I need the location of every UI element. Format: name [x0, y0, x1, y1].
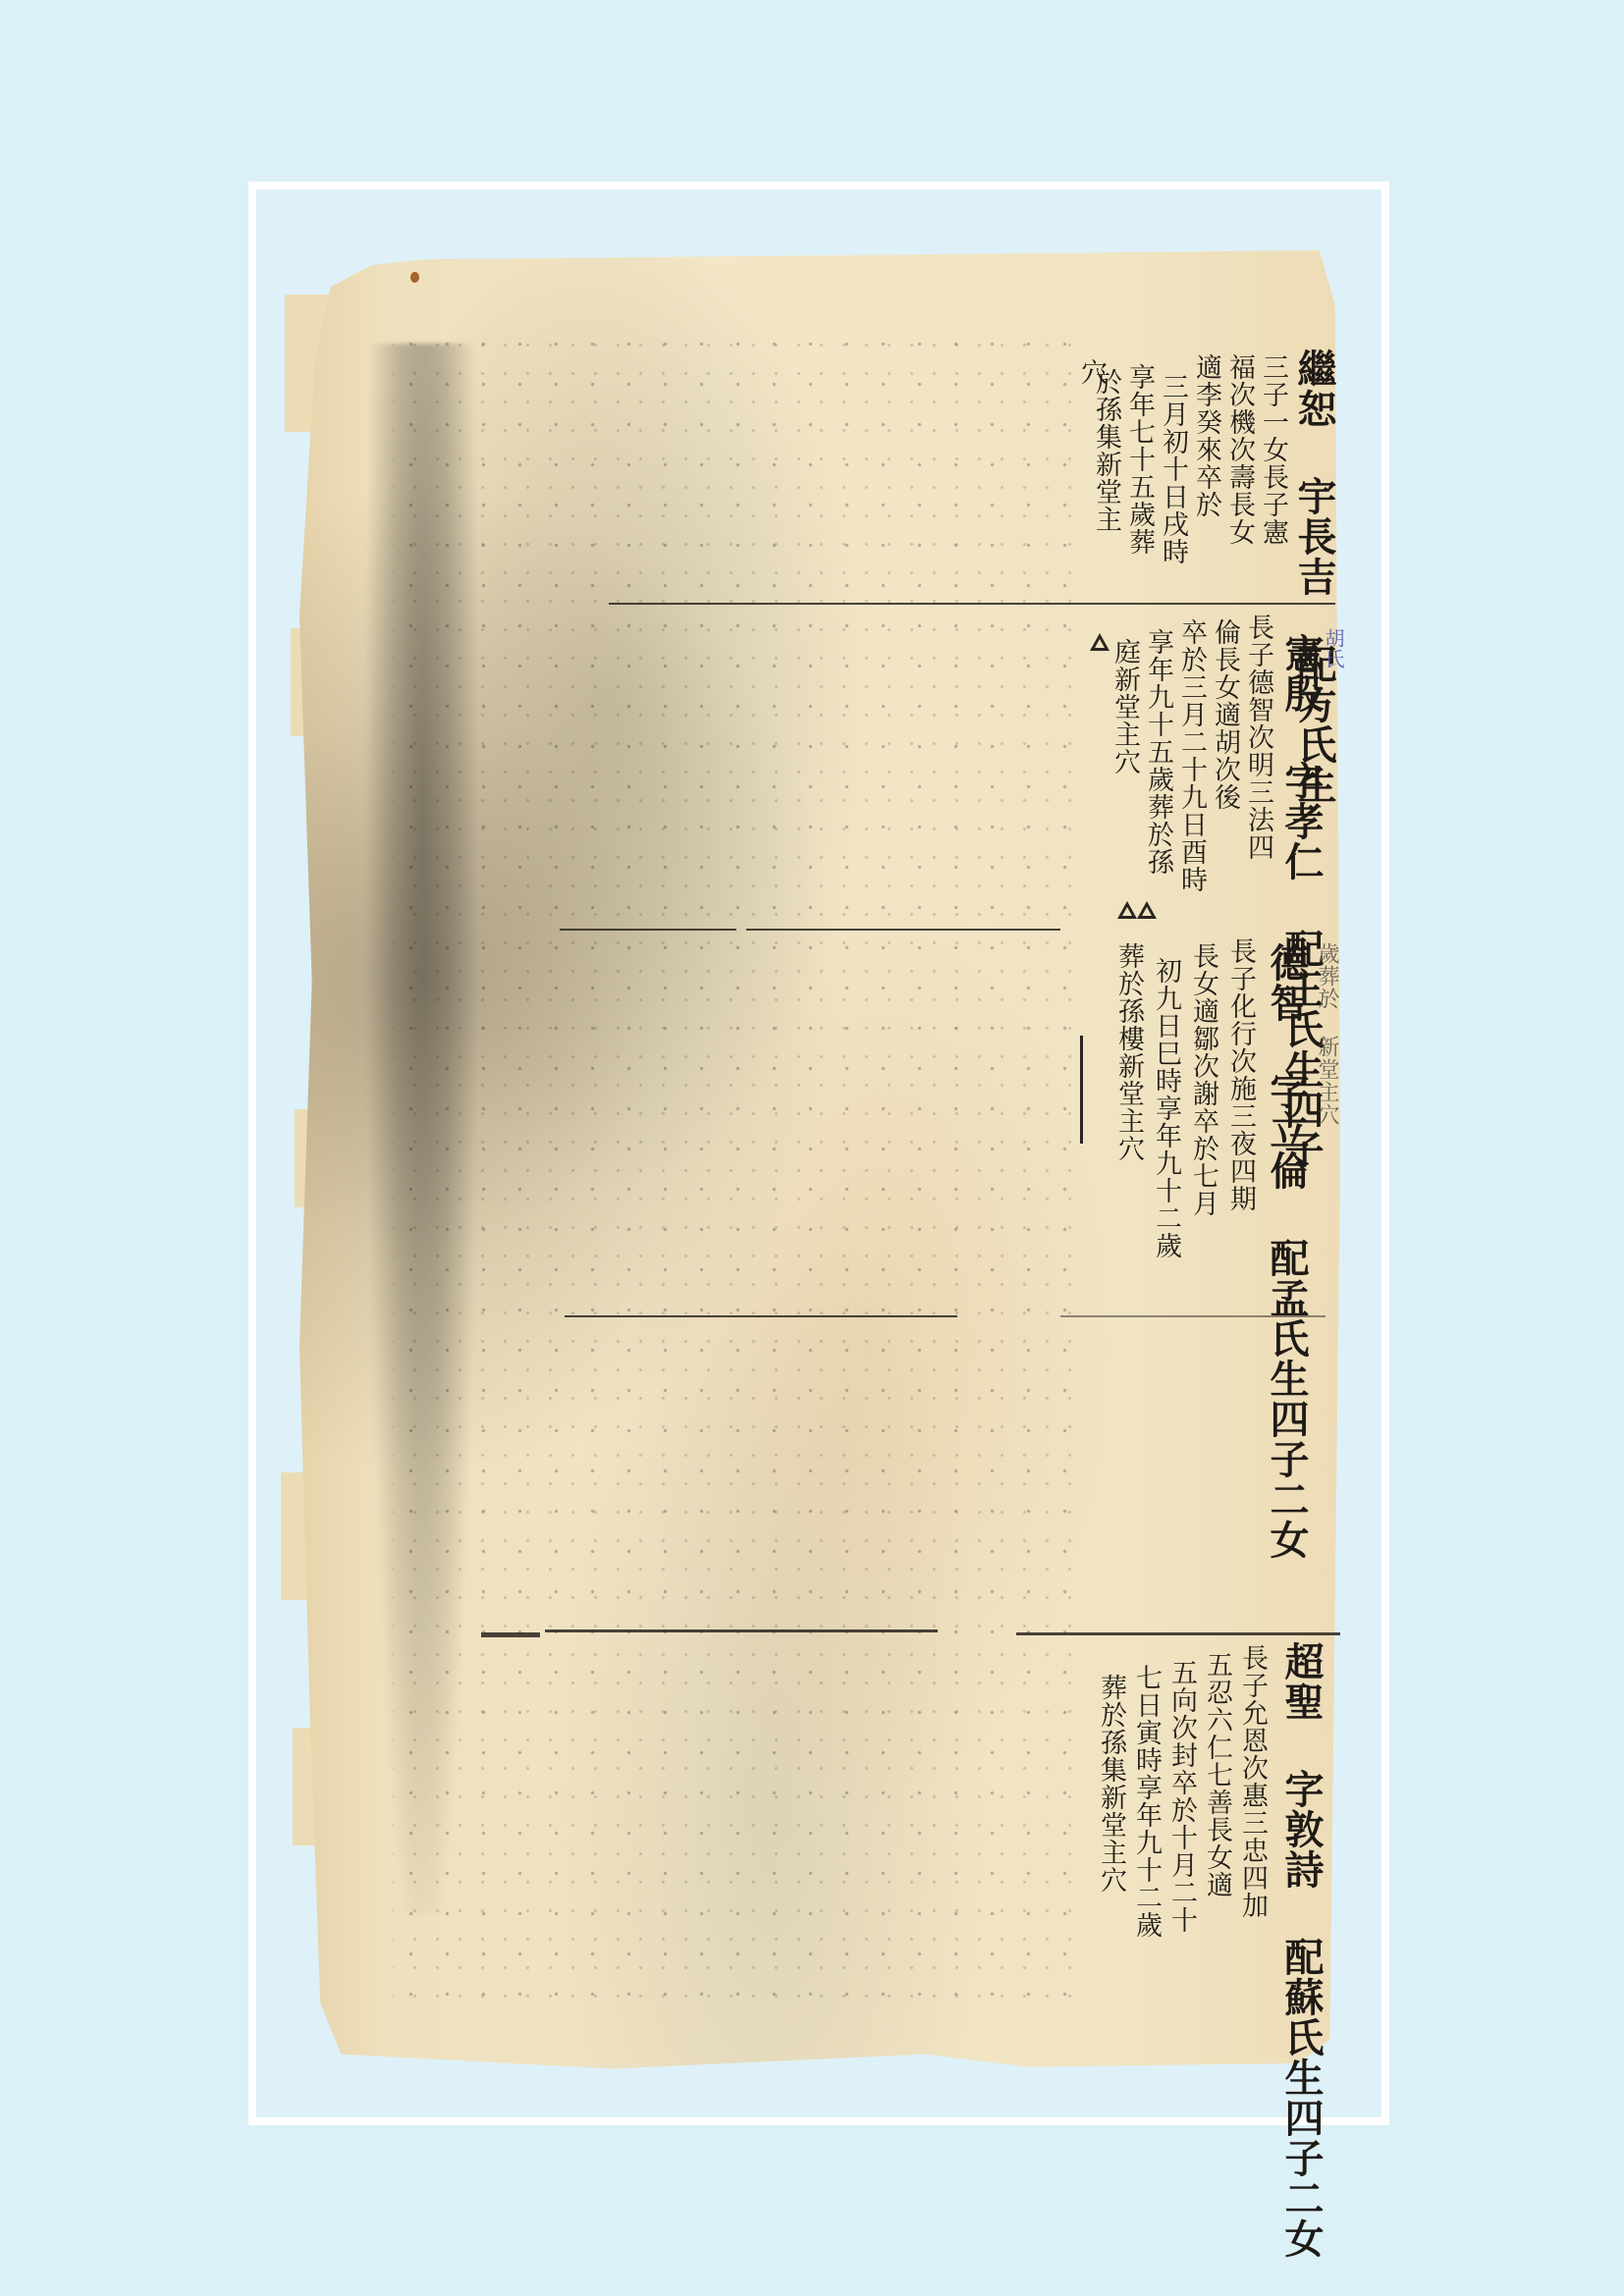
- divider-line: [565, 1315, 957, 1317]
- rust-spot: [410, 272, 419, 283]
- entry-text: 庭新堂主穴: [1111, 638, 1138, 775]
- entry-text: 七日寅時享年九十二歲: [1133, 1664, 1160, 1939]
- ink-specks: [393, 324, 1080, 2012]
- entry-text: 享年九十五歲葬於孫: [1145, 628, 1171, 876]
- entry-text: 適李癸來卒於: [1193, 353, 1219, 518]
- entry-text: 長女適鄒次謝卒於七月: [1190, 942, 1217, 1217]
- entry-text: 長子德智次明三法四: [1245, 614, 1272, 861]
- entry-text: 五忍六仁七善長女適: [1204, 1651, 1230, 1898]
- entry-name: 德智 字立倫 配孟氏生四子二女: [1267, 942, 1306, 1560]
- entry-text: 三月初十日戌時: [1160, 373, 1186, 565]
- triangle-marker-icon: [1137, 901, 1157, 919]
- entry-text: 福次機次壽長女: [1226, 353, 1253, 546]
- entry-text: 三子一女長子憲: [1260, 353, 1286, 546]
- entry-text: 長子允恩次惠三忠四加: [1239, 1644, 1266, 1919]
- triangle-marker-icon: [1117, 901, 1137, 919]
- entry-text: 長子化行次施三夜四期: [1227, 937, 1254, 1212]
- vertical-mark: [1080, 1036, 1083, 1144]
- entry-text: 葬於孫樓新堂主穴: [1115, 942, 1142, 1162]
- entry-text: 享年七十五歲葬: [1126, 363, 1153, 556]
- entry-text: 倫長女適胡次後: [1212, 618, 1238, 811]
- entry-text: 於孫集新堂主: [1093, 368, 1119, 533]
- divider-line: [545, 1629, 938, 1632]
- divider-line: [609, 603, 1335, 605]
- entry-text: 五向次封卒於十月二十: [1168, 1659, 1195, 1934]
- divider-line: [481, 1632, 540, 1637]
- entry-text: 葬於孫集新堂主穴: [1098, 1674, 1124, 1894]
- divider-line: [1016, 1632, 1340, 1635]
- faint-margin-text: 歲葬於 新堂主穴: [1316, 942, 1337, 1126]
- entry-text: 穴: [1078, 358, 1105, 386]
- divider-line: [746, 929, 1060, 931]
- entry-text: 初九日巳時享年九十二歲: [1153, 957, 1179, 1259]
- triangle-marker-icon: [1090, 633, 1110, 651]
- divider-line: [560, 929, 736, 931]
- entry-text: 卒於三月二十九日酉時: [1178, 618, 1205, 893]
- margin-annotation: 胡氏: [1324, 628, 1343, 669]
- entry-name: 超聖 字敦詩 配蘇氏生四子二女: [1281, 1641, 1321, 2259]
